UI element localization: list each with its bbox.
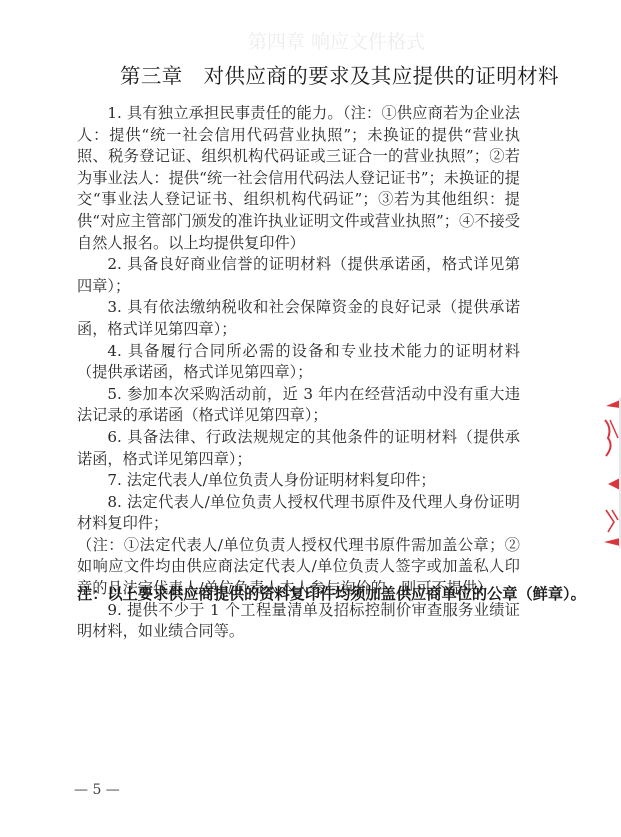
requirements-list: 1. 具有独立承担民事责任的能力。（注：①供应商若为企业法人：提供“统一社会信用…	[77, 103, 520, 643]
requirement-2: 2. 具备良好商业信誉的证明材料（提供承诺函，格式详见第四章）；	[77, 254, 520, 297]
requirement-3: 3. 具有依法缴纳税收和社会保障资金的良好记录（提供承诺函，格式详见第四章）；	[77, 297, 520, 340]
requirement-9: 9. 提供不少于 1 个工程量清单及招标控制价审查服务业绩证明材料，如业绩合同等…	[77, 600, 520, 643]
requirement-1: 1. 具有独立承担民事责任的能力。（注：①供应商若为企业法人：提供“统一社会信用…	[77, 103, 520, 254]
requirement-7: 7. 法定代表人/单位负责人身份证明材料复印件；	[77, 470, 520, 492]
requirement-5: 5. 参加本次采购活动前，近 3 年内在经营活动中没有重大违法记录的承诺函（格式…	[77, 384, 520, 427]
page-number: — 5 —	[74, 782, 120, 798]
stamp-note: 注：以上要求供应商提供的资料复印件均须加盖供应商单位的公章（鲜章）。	[77, 583, 586, 604]
red-seal-fragment-icon	[602, 398, 621, 548]
show-through-heading: 第四章 响应文件格式	[248, 27, 425, 54]
requirement-8: 8. 法定代表人/单位负责人授权代理书原件及代理人身份证明材料复印件；	[77, 492, 520, 535]
chapter-title: 第三章 对供应商的要求及其应提供的证明材料	[120, 59, 559, 89]
requirement-4: 4. 具备履行合同所必需的设备和专业技术能力的证明材料（提供承诺函，格式详见第四…	[77, 341, 520, 384]
requirement-6: 6. 具备法律、行政法规规定的其他条件的证明材料（提供承诺函，格式详见第四章）；	[77, 427, 520, 470]
